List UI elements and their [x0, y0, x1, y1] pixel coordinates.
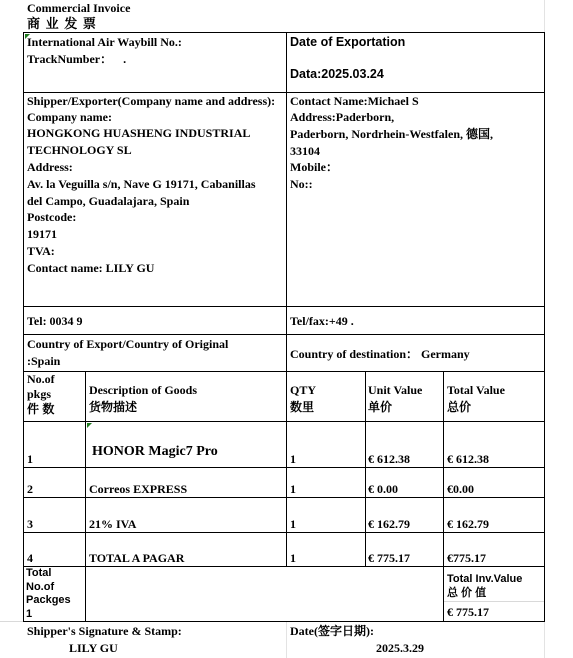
signature-date-value: 2025.3.29 — [376, 640, 424, 657]
row1-unit: € 612.38 — [368, 451, 410, 468]
row4-no: 4 — [27, 550, 33, 567]
gridline — [286, 621, 287, 658]
consignee-no-label: No:: — [290, 176, 313, 193]
header-qty: QTY 数里 — [290, 382, 316, 416]
row3-no: 3 — [27, 516, 33, 533]
header-pkgs-line1: No.of — [27, 372, 55, 387]
consignee-mobile-label: Mobile： — [290, 159, 338, 176]
export-country-label: Country of Export/Country of Original — [27, 336, 228, 353]
shipper-postcode: 19171 — [27, 226, 57, 243]
consignee-tel: Tel/fax:+49 . — [290, 313, 354, 330]
total-packages: Total No.of Packges 1 — [26, 567, 71, 621]
row1-description: HONOR Magic7 Pro — [92, 443, 218, 460]
total-inv-label-en: Total Inv.Value — [447, 572, 522, 586]
shipper-address-line2: del Campo, Guadalajara, Spain — [27, 193, 189, 210]
header-description-cn: 货物描述 — [89, 399, 197, 416]
header-total-en: Total Value — [447, 382, 505, 399]
gridline — [0, 621, 23, 622]
destination-country: Country of destination： Germany — [290, 346, 470, 363]
gridline — [544, 621, 545, 658]
consignee-address-line1: Address:Paderborn, — [290, 109, 394, 126]
row2-description: Correos EXPRESS — [89, 481, 187, 498]
export-date-label: Date of Exportation — [290, 34, 405, 51]
table-border — [23, 371, 545, 372]
header-total-value: Total Value 总价 — [447, 382, 505, 416]
shipper-heading: Shipper/Exporter(Company name and addres… — [27, 93, 275, 110]
export-date-value: Data:2025.03.24 — [290, 66, 384, 83]
track-number-label-text: TrackNumber： — [27, 52, 112, 66]
table-border — [23, 306, 545, 307]
row1-qty: 1 — [290, 451, 296, 468]
gridline — [544, 0, 545, 32]
table-border — [85, 371, 86, 621]
row2-unit: € 0.00 — [368, 481, 398, 498]
waybill-label: International Air Waybill No.: — [27, 34, 182, 51]
gridline — [443, 601, 544, 602]
shipper-company-line2: TECHNOLOGY SL — [27, 142, 132, 159]
table-border — [365, 371, 366, 566]
header-qty-en: QTY — [290, 382, 316, 399]
consignee-postcode: 33104 — [290, 143, 320, 160]
consignee-address-line2: Paderborn, Nordrhein-Westfalen, 德国, — [290, 126, 493, 143]
header-unit-cn: 单价 — [368, 399, 422, 416]
shipper-tva-label: TVA: — [27, 243, 55, 260]
row3-unit: € 162.79 — [368, 516, 410, 533]
row2-qty: 1 — [290, 481, 296, 498]
header-pkgs-line2: pkgs — [27, 387, 55, 402]
header-description-en: Description of Goods — [89, 382, 197, 399]
table-border — [443, 371, 444, 621]
signature-date-label: Date(签字日期): — [290, 623, 374, 640]
header-pkgs: No.of pkgs 件 数 — [27, 372, 55, 417]
header-description: Description of Goods 货物描述 — [89, 382, 197, 416]
row3-total: € 162.79 — [447, 516, 489, 533]
row4-unit: € 775.17 — [368, 550, 410, 567]
shipper-address-label: Address: — [27, 159, 73, 176]
table-border — [23, 421, 545, 422]
cell-comment-marker — [87, 423, 92, 428]
shipper-tel: Tel: 0034 9 — [27, 313, 83, 330]
signature-name: LILY GU — [69, 640, 118, 657]
total-packages-line3: Packges — [26, 594, 71, 608]
total-inv-value-label: Total Inv.Value 总 价 值 — [447, 572, 522, 600]
row3-qty: 1 — [290, 516, 296, 533]
track-number-label: TrackNumber： . — [27, 51, 126, 68]
header-unit-value: Unit Value 单价 — [368, 382, 422, 416]
total-packages-line2: No.of — [26, 581, 71, 595]
header-pkgs-cn: 件 数 — [27, 402, 55, 417]
table-border — [23, 334, 545, 335]
table-border — [544, 32, 545, 621]
total-inv-label-cn: 总 价 值 — [447, 586, 522, 600]
total-inv-value: € 775.17 — [447, 604, 489, 621]
shipper-company-line1: HONGKONG HUASHENG INDUSTRIAL — [27, 125, 250, 142]
row2-total: €0.00 — [447, 481, 474, 498]
shipper-postcode-label: Postcode: — [27, 209, 76, 226]
table-border — [286, 32, 287, 566]
shipper-contact: Contact name: LILY GU — [27, 260, 154, 277]
total-packages-line1: Total — [26, 567, 71, 581]
signature-label: Shipper's Signature & Stamp: — [27, 623, 182, 640]
consignee-contact: Contact Name:Michael S — [290, 93, 419, 110]
row2-no: 2 — [27, 481, 33, 498]
row1-no: 1 — [27, 451, 33, 468]
export-country-value: :Spain — [27, 353, 60, 370]
row1-total: € 612.38 — [447, 451, 489, 468]
header-unit-en: Unit Value — [368, 382, 422, 399]
shipper-company-label: Company name: — [27, 109, 112, 126]
total-packages-value: 1 — [26, 608, 71, 622]
header-qty-cn: 数里 — [290, 399, 316, 416]
track-number-value: . — [123, 52, 126, 66]
shipper-address-line1: Av. la Veguilla s/n, Nave G 19171, Caban… — [27, 176, 256, 193]
row4-description: TOTAL A PAGAR — [89, 550, 184, 567]
table-border — [23, 621, 545, 622]
row3-description: 21% IVA — [89, 516, 136, 533]
invoice-title-cn: 商 业 发 票 — [27, 15, 97, 32]
table-border — [23, 32, 24, 621]
header-total-cn: 总价 — [447, 399, 505, 416]
row4-total: €775.17 — [447, 550, 486, 567]
table-border — [23, 32, 545, 33]
row4-qty: 1 — [290, 550, 296, 567]
